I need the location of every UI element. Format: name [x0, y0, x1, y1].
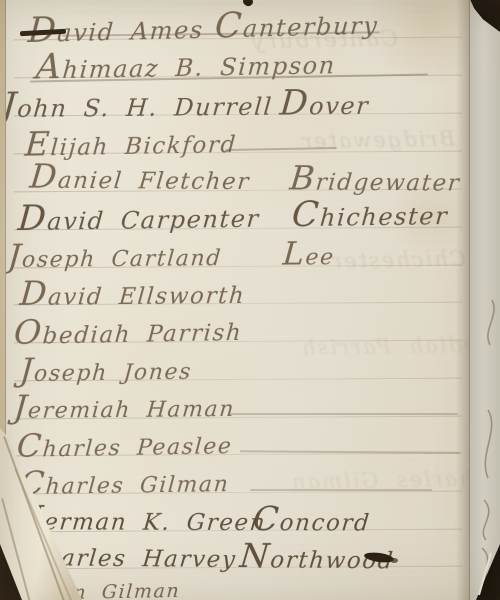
entry-name: Charles Peaslee — [16, 423, 235, 465]
ink-blot — [390, 558, 398, 563]
register-entry: Herman K. Green Concord — [0, 498, 470, 539]
entry-place: Lee — [282, 234, 337, 272]
register-entry: Charles Gilman — [0, 458, 470, 503]
adjacent-page-writing-marks — [470, 0, 500, 600]
pen-rule-stroke — [230, 413, 458, 415]
entry-name: Jeremiah Haman — [13, 386, 237, 426]
pen-rule-stroke — [250, 489, 432, 491]
gutter-crease-shadow — [456, 0, 470, 600]
entry-name: Obediah Parrish — [13, 309, 244, 352]
register-entry: Joseph Cartland Lee — [0, 233, 470, 275]
register-entry: David Carpenter Chichester — [0, 193, 470, 240]
adjacent-page-edge — [469, 0, 500, 600]
register-entry: Joseph Jones — [0, 345, 470, 390]
entry-place: Concord — [251, 499, 372, 538]
entry-name: David Ellsworth — [18, 272, 247, 313]
entry-place: Chichester — [291, 193, 450, 235]
entry-name: Charles Gilman — [19, 461, 232, 502]
entry-name: John S. H. Durrell — [0, 84, 274, 126]
entry-name: Joseph Cartland — [7, 235, 224, 275]
entry-name: David Carpenter — [17, 196, 262, 239]
entry-name: Joseph Jones — [19, 349, 194, 389]
manuscript-page-scan: Canterbury Bridgewater Chichester Obedia… — [0, 0, 500, 600]
register-entry: Daniel Fletcher Bridgewater — [0, 156, 470, 198]
entry-place: Canterbury — [214, 2, 380, 46]
entry-name: Daniel Fletcher — [28, 157, 252, 198]
entry-place: Dover — [278, 83, 371, 124]
